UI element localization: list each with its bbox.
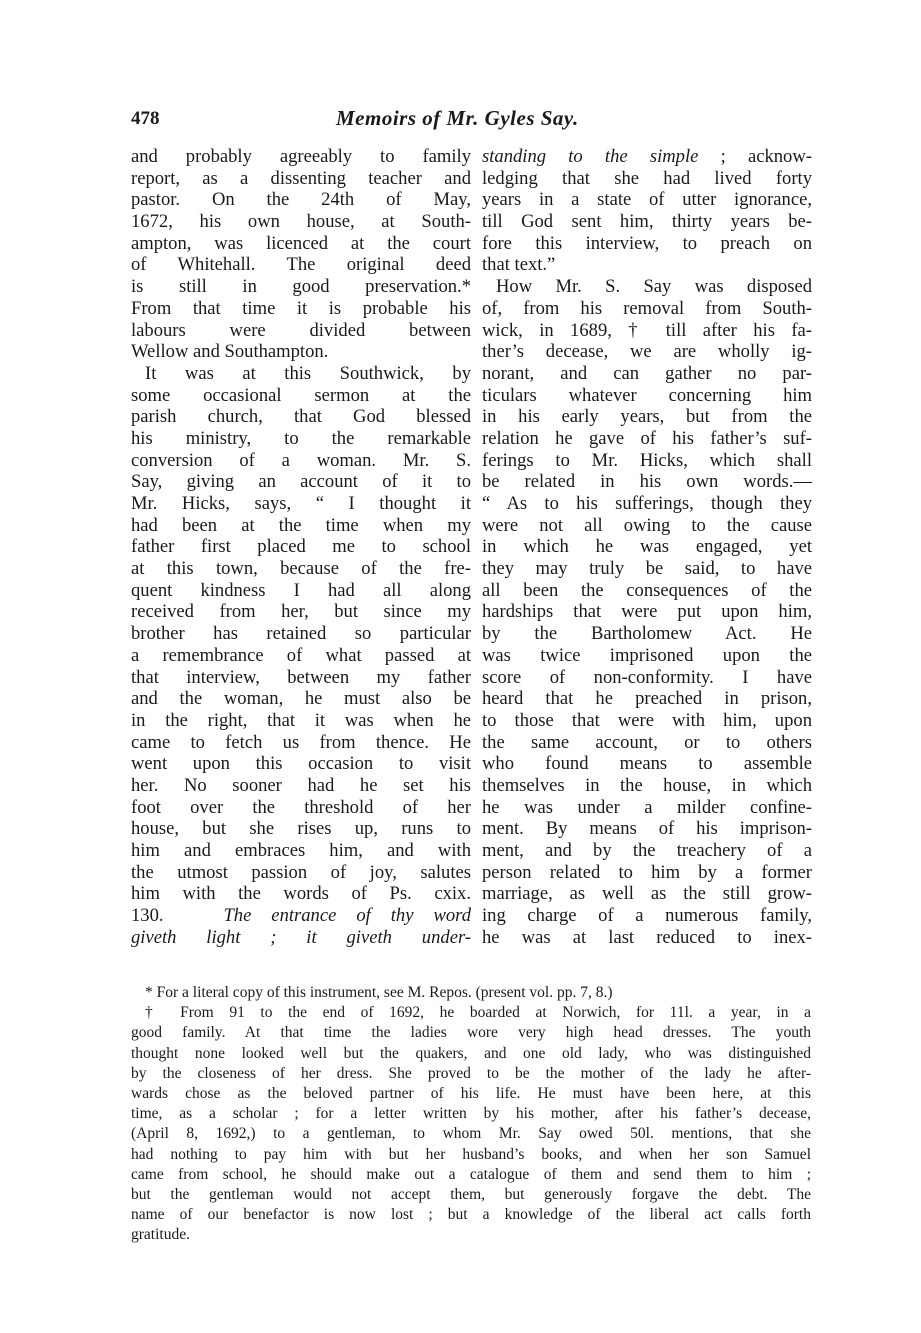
text-line: Mr. Hicks, says, “ I thought it xyxy=(131,493,471,515)
text-line: ferings to Mr. Hicks, which shall xyxy=(482,450,812,472)
footnote-line: thought none looked well but the quakers… xyxy=(131,1044,811,1064)
footnote-line: by the closeness of her dress. She prove… xyxy=(131,1064,811,1084)
text-line: conversion of a woman. Mr. S. xyxy=(131,450,471,472)
text-line: norant, and can gather no par- xyxy=(482,363,812,385)
text-line: heard that he preached in prison, xyxy=(482,688,812,710)
text-line: report, as a dissenting teacher and xyxy=(131,168,471,190)
text-line: that interview, between my father xyxy=(131,667,471,689)
text-line: brother has retained so particular xyxy=(131,623,471,645)
text-line: years in a state of utter ignorance, xyxy=(482,189,812,211)
footnote-line: (April 8, 1692,) to a gentleman, to whom… xyxy=(131,1124,811,1144)
text-line: and probably agreeably to family xyxy=(131,146,471,168)
text-line: ing charge of a numerous family, xyxy=(482,905,812,927)
text-line: ledging that she had lived forty xyxy=(482,168,812,190)
text-line: had been at the time when my xyxy=(131,515,471,537)
text-line: person related to him by a former xyxy=(482,862,812,884)
text-line: foot over the threshold of her xyxy=(131,797,471,819)
text-line: her. No sooner had he set his xyxy=(131,775,471,797)
footnote-dagger: † From 91 to the end of 1692, he boarded… xyxy=(131,1003,811,1023)
running-title: Memoirs of Mr. Gyles Say. xyxy=(336,106,579,131)
text-line: he was under a milder confine- xyxy=(482,797,812,819)
text-line: parish church, that God blessed xyxy=(131,406,471,428)
text-line: father first placed me to school xyxy=(131,536,471,558)
scripture-quote-line: giveth light ; it giveth under- xyxy=(131,927,471,949)
text-line: till God sent him, thirty years be- xyxy=(482,211,812,233)
text-line: and the woman, he must also be xyxy=(131,688,471,710)
text-line: who found means to assemble xyxy=(482,753,812,775)
paragraph-start-line: It was at this Southwick, by xyxy=(131,363,471,385)
text-line: ment, and by the treachery of a xyxy=(482,840,812,862)
verse-reference: 130. xyxy=(131,905,164,926)
text-line: fore this interview, to preach on xyxy=(482,233,812,255)
footnote-asterisk: * For a literal copy of this instrument,… xyxy=(131,983,811,1003)
text-line: him with the words of Ps. cxix. xyxy=(131,883,471,905)
text-line-with-italic: 130. The entrance of thy word xyxy=(131,905,471,927)
text-line: Say, giving an account of it to xyxy=(131,471,471,493)
text-line: went upon this occasion to visit xyxy=(131,753,471,775)
text-line: the same account, or to others xyxy=(482,732,812,754)
footnote-line: name of our benefactor is now lost ; but… xyxy=(131,1205,811,1225)
text-line: his ministry, to the remarkable xyxy=(131,428,471,450)
text-line-with-italic: standing to the simple ; acknow- xyxy=(482,146,812,168)
text-line: he was at last reduced to inex- xyxy=(482,927,812,949)
text-line: wick, in 1689, † till after his fa- xyxy=(482,320,812,342)
text-line: were not all owing to the cause xyxy=(482,515,812,537)
text-line: to those that were with him, upon xyxy=(482,710,812,732)
text-line: is still in good preservation.* xyxy=(131,276,471,298)
text-line: of, from his removal from South- xyxy=(482,298,812,320)
text-line: ampton, was licenced at the court xyxy=(131,233,471,255)
footnotes: * For a literal copy of this instrument,… xyxy=(131,983,811,1245)
text-line: came to fetch us from thence. He xyxy=(131,732,471,754)
text-line: 1672, his own house, at South- xyxy=(131,211,471,233)
text-line: was twice imprisoned upon the xyxy=(482,645,812,667)
text-line: of Whitehall. The original deed xyxy=(131,254,471,276)
text-line: house, but she rises up, runs to xyxy=(131,818,471,840)
text-line: themselves in the house, in which xyxy=(482,775,812,797)
text-line: him and embraces him, and with xyxy=(131,840,471,862)
text-line: in his early years, but from the xyxy=(482,406,812,428)
text-line: by the Bartholomew Act. He xyxy=(482,623,812,645)
book-page: 478 Memoirs of Mr. Gyles Say. and probab… xyxy=(0,0,921,1333)
text-line: ment. By means of his imprison- xyxy=(482,818,812,840)
text-line: all been the consequences of the xyxy=(482,580,812,602)
footnote-line: time, as a scholar ; for a letter writte… xyxy=(131,1104,811,1124)
text-line: in the right, that it was when he xyxy=(131,710,471,732)
text-line: received from her, but since my xyxy=(131,601,471,623)
right-column: standing to the simple ; acknow- ledging… xyxy=(482,146,812,948)
running-head: 478 Memoirs of Mr. Gyles Say. xyxy=(131,104,811,136)
text-line: the utmost passion of joy, salutes xyxy=(131,862,471,884)
text-line: relation he gave of his father’s suf- xyxy=(482,428,812,450)
text-line: in which he was engaged, yet xyxy=(482,536,812,558)
footnote-line: gratitude. xyxy=(131,1225,811,1245)
text-line: that text.” xyxy=(482,254,812,276)
text-line: From that time it is probable his xyxy=(131,298,471,320)
text-line: a remembrance of what passed at xyxy=(131,645,471,667)
text-line: ther’s decease, we are wholly ig- xyxy=(482,341,812,363)
text-line: some occasional sermon at the xyxy=(131,385,471,407)
text-line: be related in his own words.— xyxy=(482,471,812,493)
text-line: marriage, as well as the still grow- xyxy=(482,883,812,905)
footnote-line: good family. At that time the ladies wor… xyxy=(131,1023,811,1043)
text-line: Wellow and Southampton. xyxy=(131,341,471,363)
page-number: 478 xyxy=(131,108,160,130)
text-line: quent kindness I had all along xyxy=(131,580,471,602)
text-line: “ As to his sufferings, though they xyxy=(482,493,812,515)
text-line: labours were divided between xyxy=(131,320,471,342)
text-fragment: ; acknow- xyxy=(721,146,812,167)
left-column: and probably agreeably to family report,… xyxy=(131,146,471,948)
text-line: they may truly be said, to have xyxy=(482,558,812,580)
footnote-line: came from school, he should make out a c… xyxy=(131,1165,811,1185)
paragraph-start-line: How Mr. S. Say was disposed xyxy=(482,276,812,298)
scripture-quote: The entrance of thy word xyxy=(223,905,471,926)
footnote-line: but the gentleman would not accept them,… xyxy=(131,1185,811,1205)
footnote-line: had nothing to pay him with but her husb… xyxy=(131,1145,811,1165)
text-line: ticulars whatever concerning him xyxy=(482,385,812,407)
text-line: hardships that were put upon him, xyxy=(482,601,812,623)
text-line: at this town, because of the fre- xyxy=(131,558,471,580)
scripture-quote: standing to the simple xyxy=(482,146,698,167)
footnote-line: wards chose as the beloved partner of hi… xyxy=(131,1084,811,1104)
text-line: score of non-conformity. I have xyxy=(482,667,812,689)
text-line: pastor. On the 24th of May, xyxy=(131,189,471,211)
